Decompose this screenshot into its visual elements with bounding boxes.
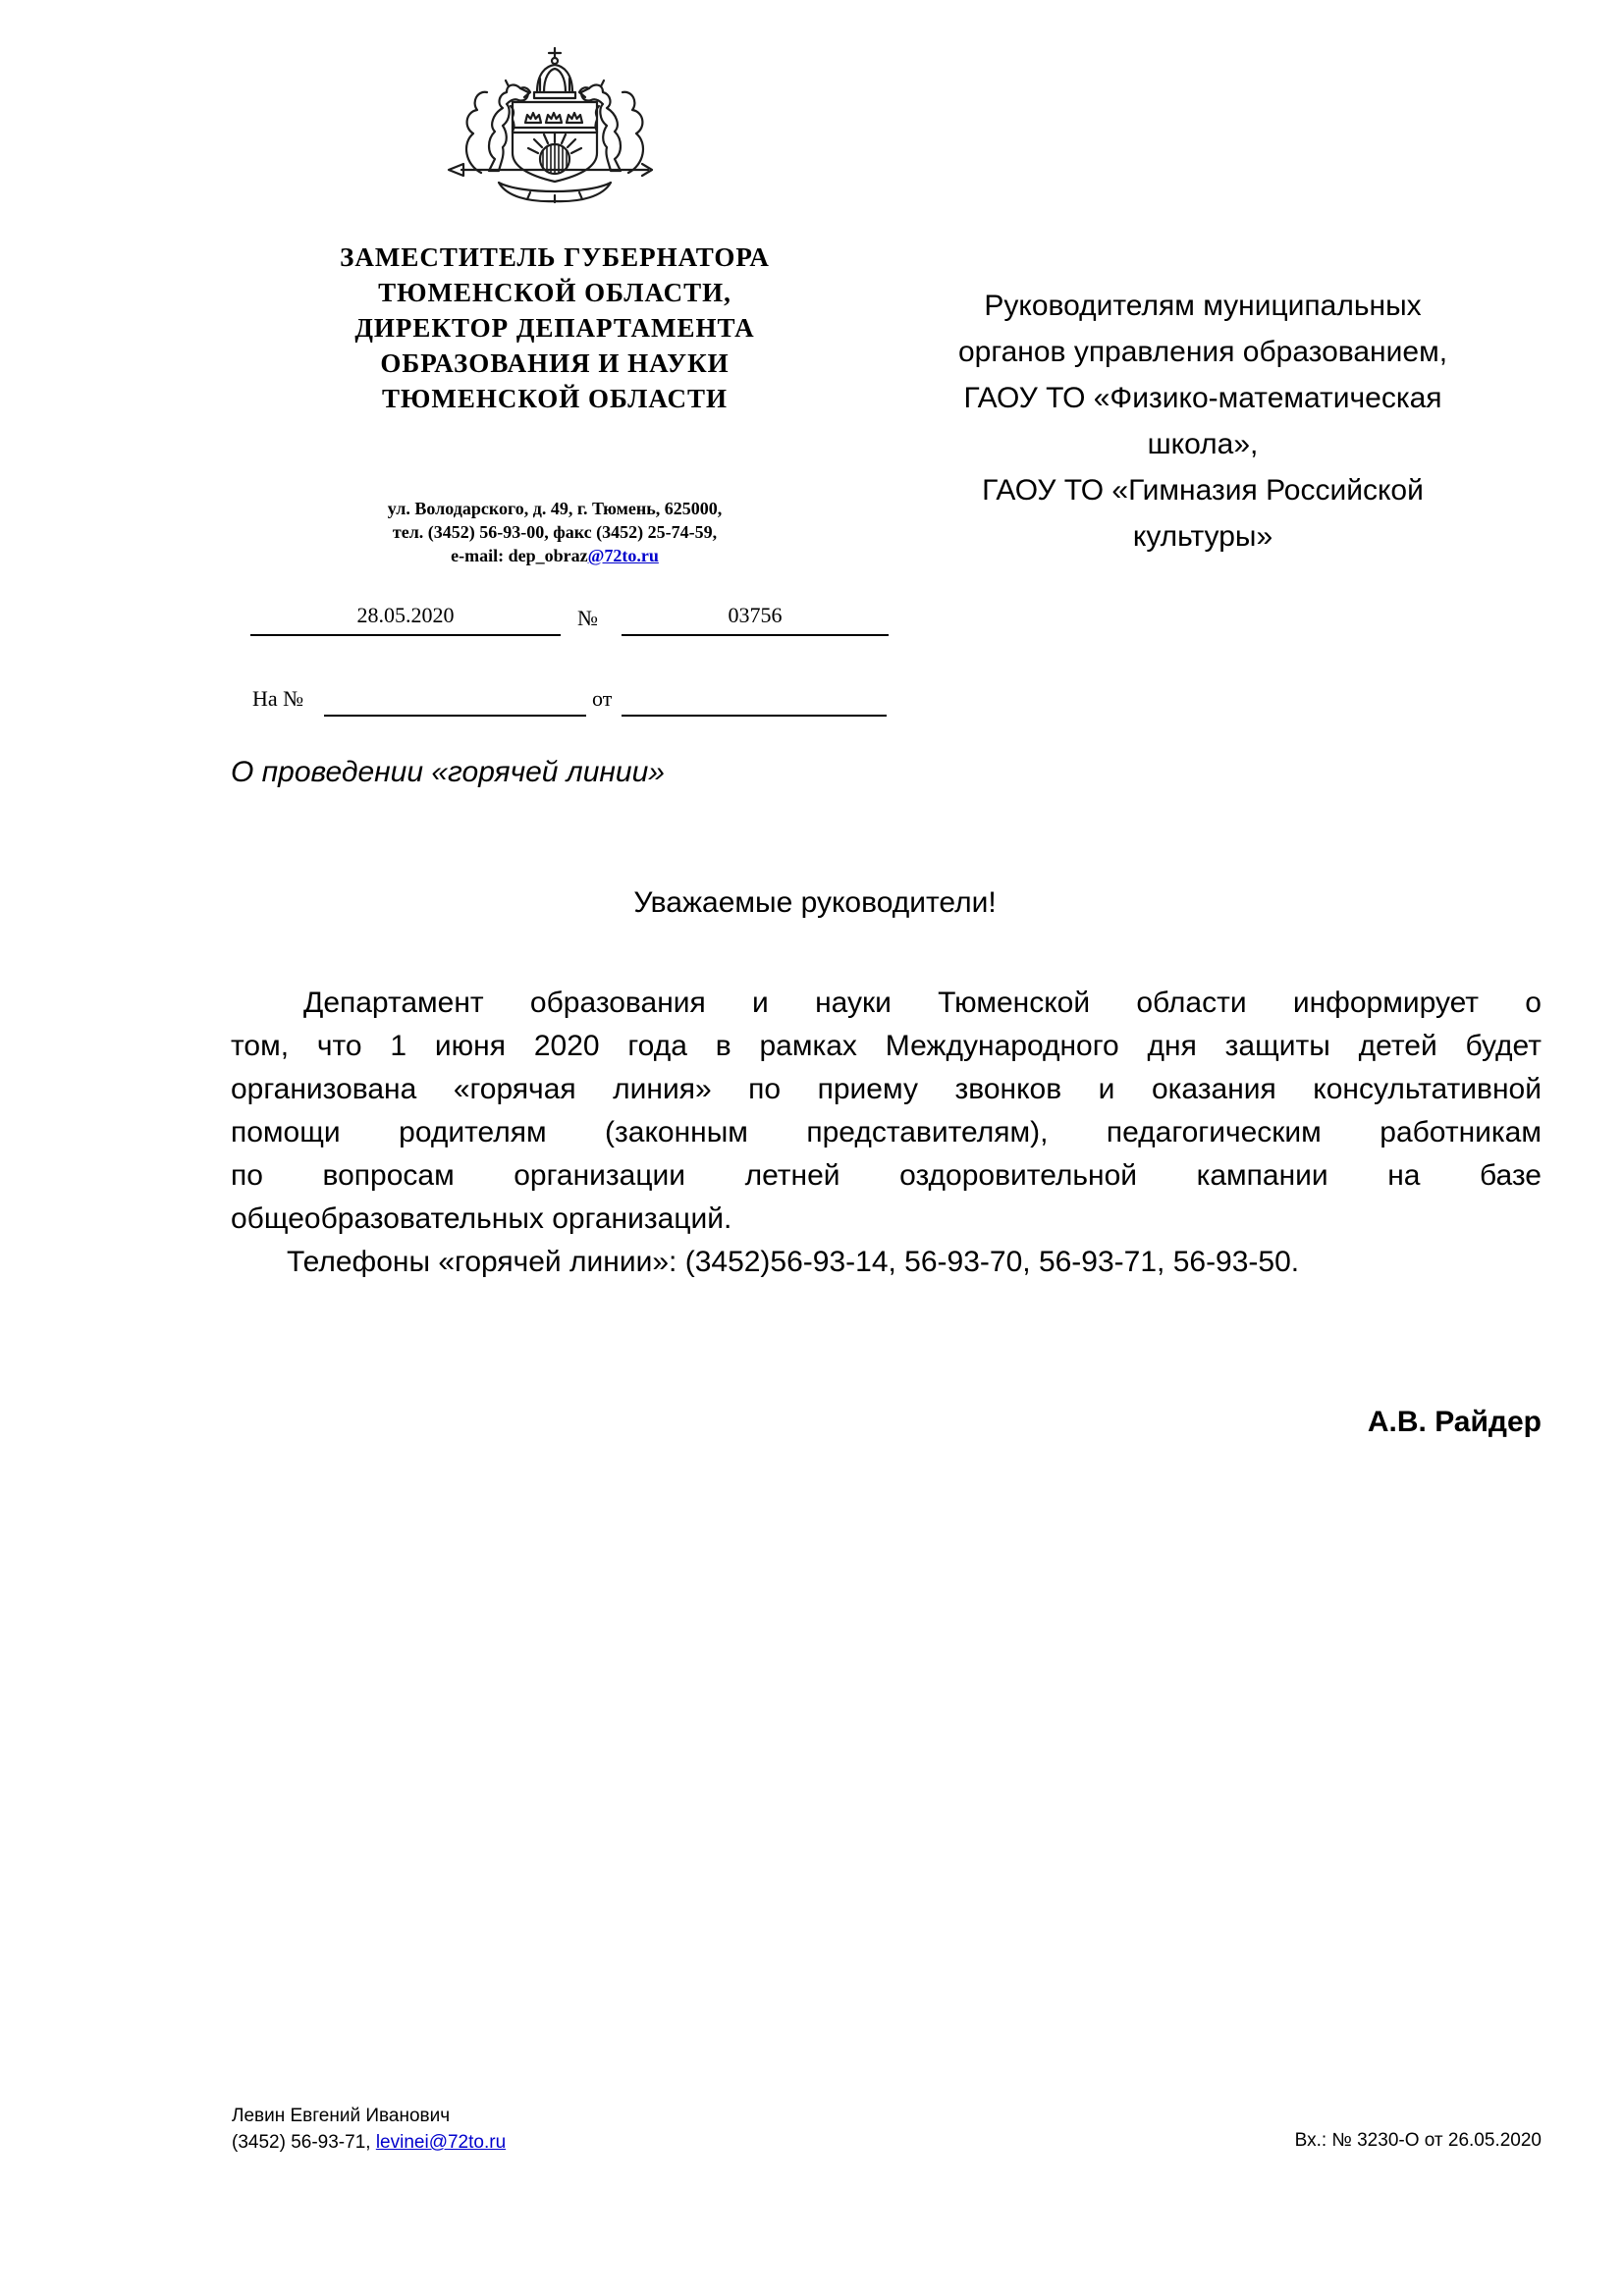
reference-row-date: 28.05.2020 № 03756 bbox=[0, 601, 1624, 644]
sender-title-line: ТЮМЕНСКОЙ ОБЛАСТИ, bbox=[152, 275, 957, 310]
salutation: Уважаемые руководители! bbox=[231, 886, 1399, 920]
contact-name: Левин Евгений Иванович bbox=[232, 2103, 506, 2129]
body-line: организована «горячая линия» по приему з… bbox=[231, 1068, 1542, 1111]
hotline-phones-line: Телефоны «горячей линии»: (3452)56-93-14… bbox=[231, 1241, 1542, 1284]
body-text: Департамент образования и науки Тюменско… bbox=[231, 982, 1542, 1284]
incoming-stamp: Вх.: № 3230-О от 26.05.2020 bbox=[231, 2130, 1542, 2152]
outgoing-number-field: 03756 bbox=[622, 601, 889, 636]
sender-title: ЗАМЕСТИТЕЛЬ ГУБЕРНАТОРА ТЮМЕНСКОЙ ОБЛАСТ… bbox=[152, 240, 957, 416]
sender-title-line: ЗАМЕСТИТЕЛЬ ГУБЕРНАТОРА bbox=[152, 240, 957, 275]
signature-name: А.В. Райдер bbox=[231, 1406, 1542, 1439]
recipient-line: школа», bbox=[864, 421, 1542, 467]
reply-number-label: На № bbox=[252, 686, 303, 712]
coat-of-arms-icon bbox=[442, 43, 668, 230]
sender-address-line: ул. Володарского, д. 49, г. Тюмень, 6250… bbox=[152, 497, 957, 520]
date-value: 28.05.2020 bbox=[357, 603, 455, 627]
date-field: 28.05.2020 bbox=[250, 601, 561, 636]
sender-title-line: ДИРЕКТОР ДЕПАРТАМЕНТА bbox=[152, 310, 957, 346]
sender-email-label: e-mail: dep_obraz bbox=[451, 546, 587, 565]
reply-date-label: от bbox=[592, 686, 612, 712]
recipient-block: Руководителям муниципальных органов упра… bbox=[864, 283, 1542, 560]
sender-title-line: ОБРАЗОВАНИЯ И НАУКИ bbox=[152, 346, 957, 381]
body-line: том, что 1 июня 2020 года в рамках Между… bbox=[231, 1025, 1542, 1068]
body-line: по вопросам организации летней оздоровит… bbox=[231, 1154, 1542, 1198]
sender-title-line: ТЮМЕНСКОЙ ОБЛАСТИ bbox=[152, 381, 957, 416]
reply-number-field bbox=[324, 681, 586, 717]
recipient-line: ГАОУ ТО «Физико-математическая bbox=[864, 375, 1542, 421]
number-sign-label: № bbox=[577, 606, 598, 631]
sender-email-line: e-mail: dep_obraz@72to.ru bbox=[152, 544, 957, 567]
letter-page: ЗАМЕСТИТЕЛЬ ГУБЕРНАТОРА ТЮМЕНСКОЙ ОБЛАСТ… bbox=[0, 0, 1624, 2296]
reply-date-field bbox=[622, 681, 887, 717]
subject-line: О проведении «горячей линии» bbox=[231, 756, 665, 789]
body-line: Департамент образования и науки Тюменско… bbox=[231, 982, 1542, 1025]
recipient-line: культуры» bbox=[864, 513, 1542, 560]
reference-row-reply: На № от bbox=[0, 681, 1624, 724]
sender-email-link[interactable]: @72to.ru bbox=[588, 546, 659, 565]
recipient-line: Руководителям муниципальных bbox=[864, 283, 1542, 329]
outgoing-number-value: 03756 bbox=[729, 603, 783, 627]
body-line: помощи родителям (законным представителя… bbox=[231, 1111, 1542, 1154]
recipient-line: органов управления образованием, bbox=[864, 329, 1542, 375]
sender-address: ул. Володарского, д. 49, г. Тюмень, 6250… bbox=[152, 497, 957, 567]
recipient-line: ГАОУ ТО «Гимназия Российской bbox=[864, 467, 1542, 513]
sender-address-line: тел. (3452) 56-93-00, факс (3452) 25-74-… bbox=[152, 520, 957, 544]
body-line: общеобразовательных организаций. bbox=[231, 1198, 1542, 1241]
